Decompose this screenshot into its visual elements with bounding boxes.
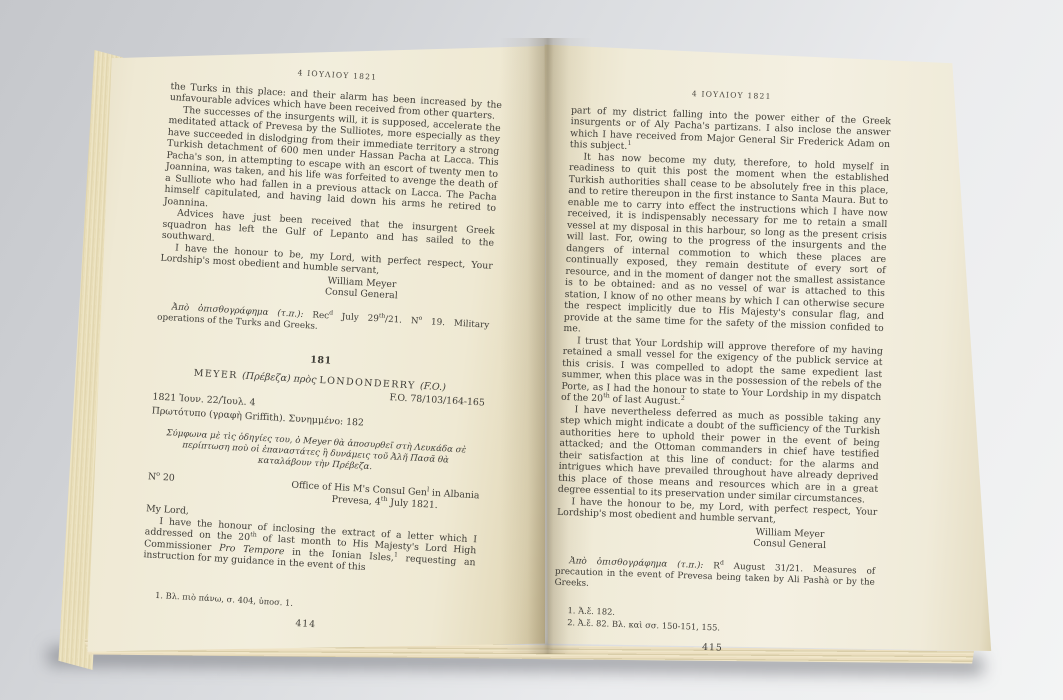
- book-photo: 4 ΙΟΥΛΙΟΥ 1821 the Turks in this place: …: [0, 0, 1063, 700]
- paragraph: The successes of the insurgents will, it…: [164, 103, 501, 225]
- endorsement: Ἀπὸ ὀπισθογράφημα (τ.π.): Recd July 29th…: [157, 301, 490, 342]
- letter-number: No 20: [147, 472, 175, 497]
- paragraph: It has now become my duty, therefore, to…: [563, 150, 889, 345]
- address-block: Office of His M's Consul Genl in Albania…: [290, 480, 479, 514]
- signature-block: William Meyer Consul General: [716, 525, 864, 553]
- document-summary: Σύμφωνα μὲ τὶς ὁδηγίες του, ὁ Meyer θὰ ἀ…: [155, 428, 476, 479]
- right-page-text: 4 ΙΟΥΛΙΟΥ 1821 part of my district falli…: [552, 84, 892, 659]
- endorsement: Ἀπὸ ὀπισθογράφημα (τ.π.): Rd August 31/2…: [554, 555, 875, 600]
- left-page-text: 4 ΙΟΥΛΙΟΥ 1821 the Turks in this place: …: [140, 60, 504, 640]
- paragraph: I trust that Your Lordship will approve …: [561, 334, 883, 414]
- paragraph: I have nevertheless deferred as much as …: [558, 403, 881, 506]
